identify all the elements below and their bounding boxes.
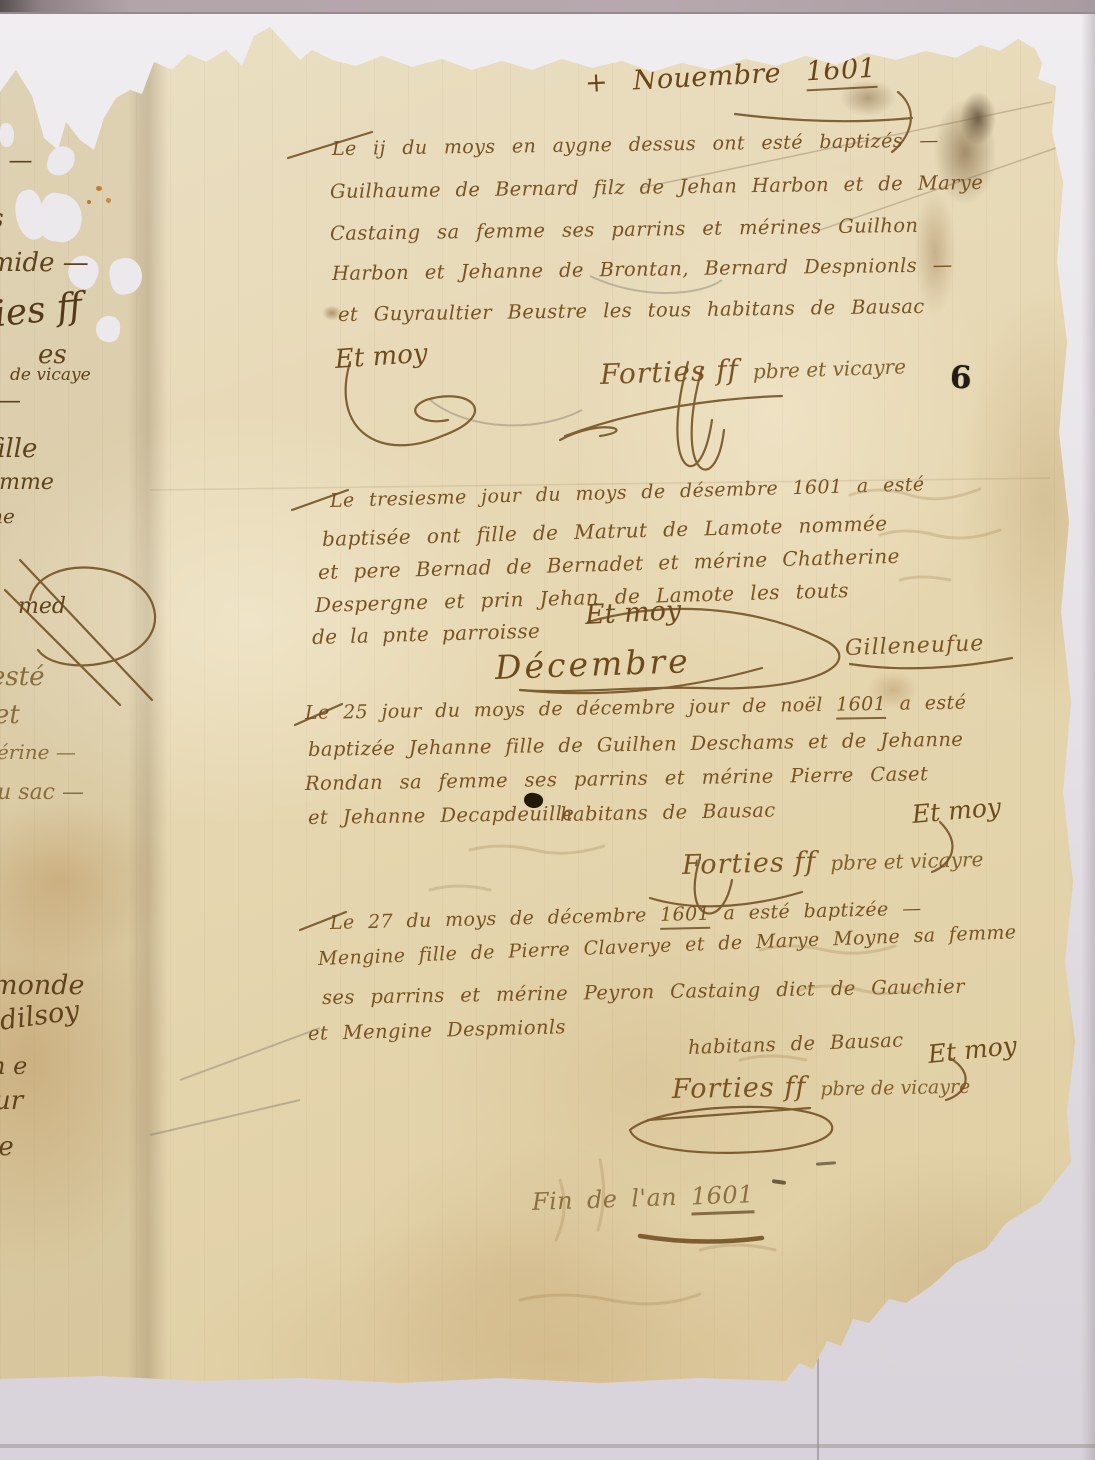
entry2-line4: Despergne et prin Jehan de Lamote les to…	[315, 578, 850, 617]
entry1-line5: et Guyraultier Beustre les tous habitans…	[338, 295, 925, 326]
entry3-line1: Le 25 jour du moys de décembre jour de n…	[305, 692, 967, 724]
entry1-line4: Harbon et Jehanne de Brontan, Bernard De…	[332, 253, 953, 285]
entry3-priest-signature: Forties ffpbre et vicayre	[682, 842, 984, 881]
entry2-line3: et pere Bernad de Bernadet et mérine Cha…	[318, 544, 900, 584]
entry1-line2: Guilhaume de Bernard filz de Jehan Harbo…	[330, 171, 984, 203]
signature-title: pbre et vicayre	[752, 354, 906, 383]
month-heading-december: Décembre	[494, 641, 691, 687]
signature-name: Forties ff	[672, 1072, 807, 1105]
heading-month: + Nouembre	[584, 58, 782, 99]
entry4-line4: et Mengine Despmionls	[308, 1015, 567, 1045]
entry2-line5: de la pnte parroisse	[312, 619, 541, 649]
left-fragment: de vicaye	[10, 365, 91, 385]
entry3-et-moy: Et moy	[911, 792, 1002, 829]
left-fragment: re	[0, 1132, 14, 1162]
entry2-line1: Le tresiesme jour du moys de désembre 16…	[330, 473, 925, 512]
ink-speck	[772, 1179, 786, 1185]
left-fragment: n e	[0, 1052, 27, 1080]
entry4-habitans: habitans de Bausac	[688, 1028, 904, 1059]
ink-speck	[816, 1161, 836, 1165]
entry4-et-moy: Et moy	[926, 1031, 1018, 1069]
entry1-line1: Le ij du moys en aygne dessus ont esté b…	[332, 130, 939, 160]
paper-tear-hole	[95, 315, 122, 343]
heading-year: 1601	[805, 53, 877, 92]
mat-top-band	[0, 0, 1095, 14]
mat-bottom-edge	[0, 1444, 1095, 1448]
left-fragment: ur	[0, 1086, 23, 1116]
entry3-line1-pre: Le 25 jour du moys de décembre jour de n…	[305, 694, 837, 724]
witness-name: Gilleneufue	[845, 631, 985, 661]
entry3-year: 1601	[836, 693, 886, 720]
entry2-line2: baptisée ont fille de Matrut de Lamote n…	[322, 511, 888, 551]
signature-title: pbre et vicayre	[830, 847, 984, 875]
rust-speck	[96, 186, 102, 191]
left-fragment: et	[0, 700, 20, 730]
entry4-year: 1601	[660, 903, 711, 930]
left-fragment: d —	[0, 386, 21, 414]
left-fragment: femme	[0, 470, 54, 495]
entry3-line1-post: a esté	[886, 692, 966, 715]
left-fragment: gh —	[0, 146, 32, 174]
left-fragment: med	[18, 594, 66, 619]
left-fragment: esté	[0, 662, 45, 692]
signature-name: Forties ff	[599, 353, 739, 391]
page-number-stamp: 6	[949, 360, 972, 397]
closing-text: Fin de l'an	[532, 1183, 678, 1216]
entry1-priest-signature: Forties ffpbre et vicayre	[599, 347, 906, 391]
left-fragment: dilsoy	[0, 995, 81, 1037]
entry3-line3: Rondan sa femme ses parrins et mérine Pi…	[305, 762, 929, 795]
entry4-line1-pre: Le 27 du moys de décembre	[330, 904, 661, 934]
left-fragment: mérine —	[0, 740, 76, 764]
paper-tear-hole	[0, 123, 14, 147]
left-fragment: me	[0, 504, 15, 528]
left-fragment: is	[0, 204, 4, 234]
entry2-witness-signature: Gilleneufue	[845, 631, 985, 661]
entry3-line2: baptizée Jehanne fille de Guilhen Descha…	[308, 728, 964, 761]
paper-tear-hole	[44, 143, 78, 180]
left-fragment: amide —	[0, 248, 89, 278]
entry3-habitans: habitans de Bausac	[560, 798, 776, 826]
entry4-priest-signature: Forties ffpbre de vicayre	[672, 1069, 971, 1105]
manuscript-page: 6 + Nouembre 1601 Le ij du moys en aygne…	[0, 0, 1095, 1460]
manuscript-photo: 6 + Nouembre 1601 Le ij du moys en aygne…	[0, 0, 1095, 1460]
left-fragment: au sac —	[0, 780, 84, 805]
rust-speck	[106, 198, 111, 203]
left-fragment: fille	[0, 434, 37, 464]
entry4-line1-post: a esté baptizée —	[710, 898, 922, 925]
signature-name: Forties ff	[682, 846, 817, 881]
signature-title: pbre de vicayre	[820, 1076, 970, 1101]
entry1-et-moy: Et moy	[334, 339, 429, 375]
entry2-et-moy: Et moy	[584, 595, 682, 631]
entry1-line3: Castaing sa femme ses parrins et mérines…	[330, 214, 919, 245]
paper-tear-hole	[107, 255, 145, 296]
paper-tear-hole	[36, 191, 86, 246]
rust-speck	[87, 200, 91, 204]
closing-year: 1601	[691, 1180, 755, 1215]
mat-right-edge	[1081, 0, 1095, 1460]
left-fragment-signature: ties ff	[0, 285, 84, 337]
month-heading-november: + Nouembre 1601	[584, 53, 877, 99]
entry4-line3: ses parrins et mérine Peyron Castaing di…	[322, 975, 965, 1009]
year-closing-note: Fin de l'an 1601	[532, 1180, 755, 1216]
